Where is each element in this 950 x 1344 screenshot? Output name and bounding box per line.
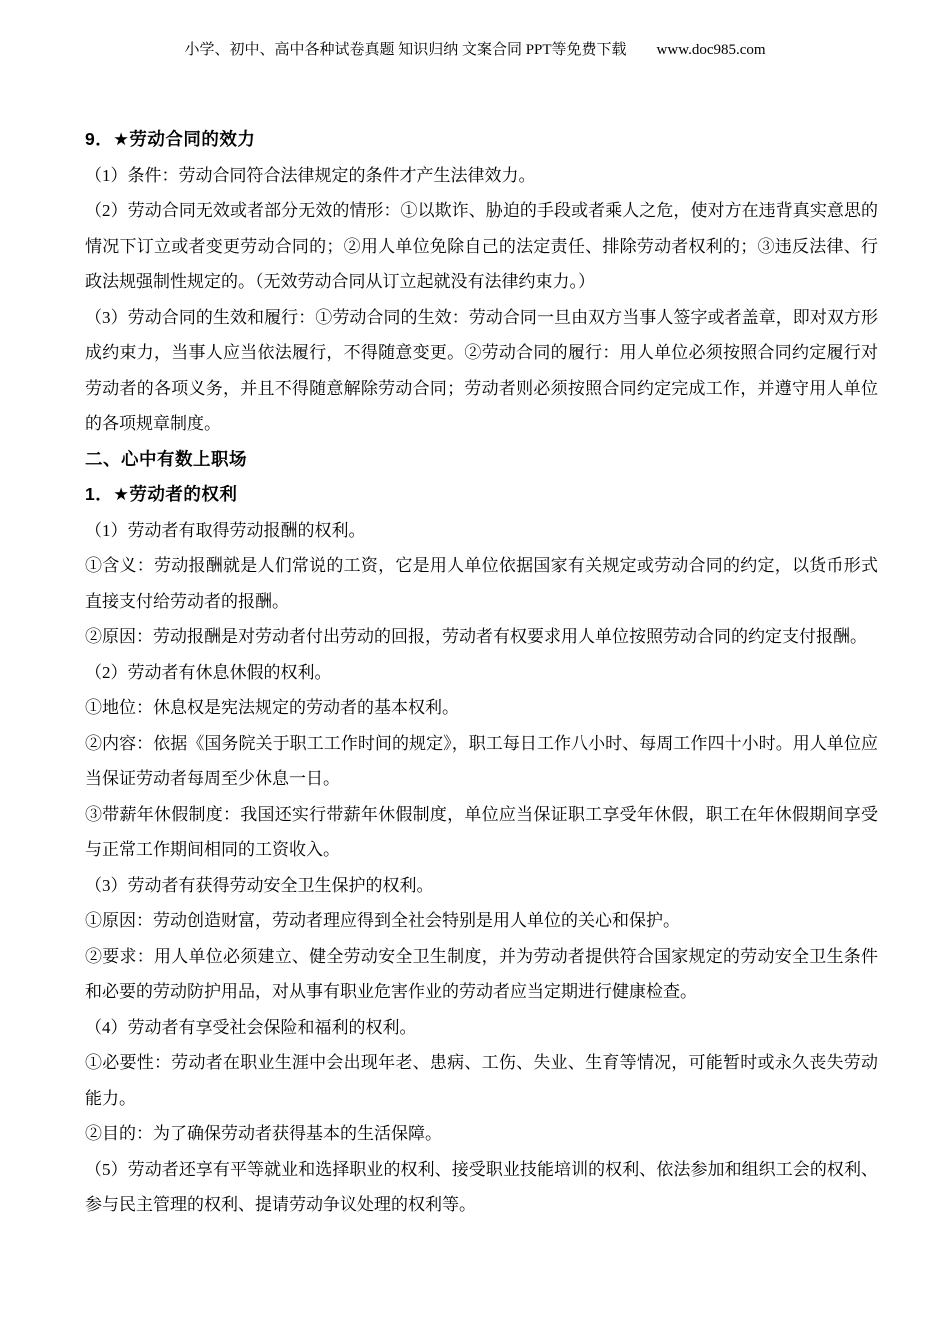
para-validity-conditions: （1）条件：劳动合同符合法律规定的条件才产生法律效力。 xyxy=(85,158,878,194)
para-safety-requirement: ②要求：用人单位必须建立、健全劳动安全卫生制度，并为劳动者提供符合国家规定的劳动… xyxy=(85,939,878,1010)
para-contract-effect-and-performance: （3）劳动合同的生效和履行：①劳动合同的生效：劳动合同一旦由双方当事人签字或者盖… xyxy=(85,300,878,442)
page-header: 小学、初中、高中各种试卷真题 知识归纳 文案合同 PPT等免费下载www.doc… xyxy=(0,0,950,60)
header-promo-text: 小学、初中、高中各种试卷真题 知识归纳 文案合同 PPT等免费下载 xyxy=(184,42,626,58)
document-page: 小学、初中、高中各种试卷真题 知识归纳 文案合同 PPT等免费下载www.doc… xyxy=(0,0,950,1344)
document-content: 9．★劳动合同的效力 （1）条件：劳动合同符合法律规定的条件才产生法律效力。 （… xyxy=(85,122,878,1223)
para-remuneration-reason: ②原因：劳动报酬是对劳动者付出劳动的回报，劳动者有权要求用人单位按照劳动合同的约… xyxy=(85,619,878,655)
para-insurance-necessity: ①必要性：劳动者在职业生涯中会出现年老、患病、工伤、失业、生育等情况，可能暂时或… xyxy=(85,1045,878,1116)
para-right-safety-protection: （3）劳动者有获得劳动安全卫生保护的权利。 xyxy=(85,868,878,904)
para-right-social-insurance: （4）劳动者有享受社会保险和福利的权利。 xyxy=(85,1010,878,1046)
para-remuneration-meaning: ①含义：劳动报酬就是人们常说的工资，它是用人单位依据国家有关规定或劳动合同的约定… xyxy=(85,548,878,619)
heading-section-2-workplace: 二、心中有数上职场 xyxy=(85,442,878,478)
para-other-rights: （5）劳动者还享有平等就业和选择职业的权利、接受职业技能培训的权利、依法参加和组… xyxy=(85,1152,878,1223)
para-invalid-contract-situations: （2）劳动合同无效或者部分无效的情形：①以欺诈、胁迫的手段或者乘人之危，使对方在… xyxy=(85,193,878,300)
para-paid-annual-leave: ③带薪年休假制度：我国还实行带薪年休假制度，单位应当保证职工享受年休假，职工在年… xyxy=(85,797,878,868)
para-insurance-purpose: ②目的：为了确保劳动者获得基本的生活保障。 xyxy=(85,1116,878,1152)
para-rest-status: ①地位：休息权是宪法规定的劳动者的基本权利。 xyxy=(85,690,878,726)
para-right-rest-leave: （2）劳动者有休息休假的权利。 xyxy=(85,655,878,691)
header-site-url: www.doc985.com xyxy=(657,42,766,58)
para-safety-reason: ①原因：劳动创造财富，劳动者理应得到全社会特别是用人单位的关心和保护。 xyxy=(85,903,878,939)
para-rest-content: ②内容：依据《国务院关于职工工作时间的规定》，职工每日工作八小时、每周工作四十小… xyxy=(85,726,878,797)
heading-9-contract-validity: 9．★劳动合同的效力 xyxy=(85,122,878,158)
heading-1-worker-rights: 1．★劳动者的权利 xyxy=(85,477,878,513)
para-right-remuneration: （1）劳动者有取得劳动报酬的权利。 xyxy=(85,513,878,549)
